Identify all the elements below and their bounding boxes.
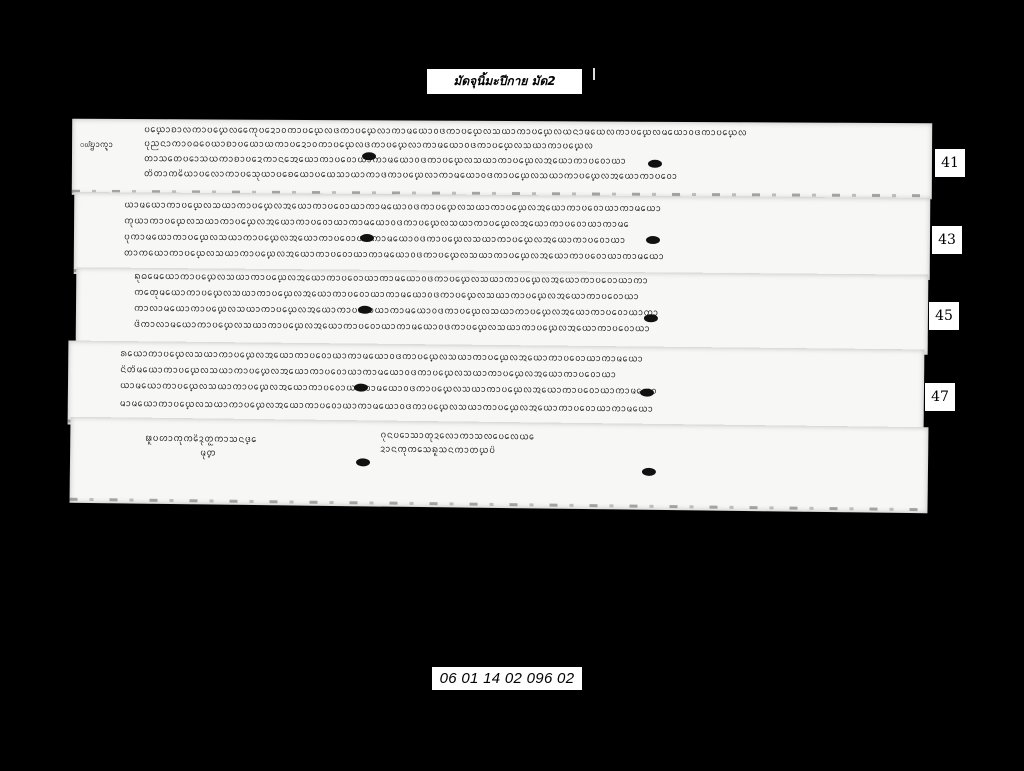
string-hole bbox=[648, 160, 662, 168]
text-line: ᨹᩪᨷᩉᩣᨠᩩᨠᩮᩦᨯᩩᨲᩬᨠᩣᩈᨶ᩠ᨴᩮ bbox=[145, 434, 325, 447]
text-line: ᨦᩩᨵᩮᨾᩮᨿᩣᨠᩣᨷᩮ᩠ᨿᩃᩈᨿᩣᨠᩣᨷᩮ᩠ᨿᩃᩋᩮᨿᩣᨠᩣᨷᩮᩅᩣᨿᩣᨠᩣᨾ… bbox=[134, 272, 914, 290]
text-line: ᨾᩣᨾᩮᨿᩣᨠᩣᨷᩮ᩠ᨿᩃᩈᨿᩣᨠᩣᨷᩮ᩠ᨿᩃᩋᩮᨿᩣᨠᩣᨷᩮᩅᩣᨿᩣᨠᩣᨾᩮᨿ… bbox=[120, 399, 910, 418]
string-hole bbox=[356, 458, 370, 466]
scan-mark bbox=[593, 68, 595, 80]
string-hole bbox=[362, 152, 376, 160]
string-hole bbox=[358, 306, 372, 314]
text-line: ᨲᩣᩈᩮᨲᨷᩮᩣᩈᨿᨠᩣᨧᩣᨷᩮᨯᨠᩣᨶᩮᩋᩮᨿᩣᨠᩣᨷᩮᩅᩣᨿᩣᨠᩣᨾᩮᨿᩣᩅ… bbox=[144, 154, 924, 169]
archive-id-label: 06 01 14 02 096 02 bbox=[432, 667, 582, 690]
page-number-label: 45 bbox=[929, 302, 959, 330]
text-line: ᨷᩩᨠᩣᨾᩮᨿᩣᨠᩣᨷᩮ᩠ᨿᩃᩈᨿᩣᨠᩣᨷᩮ᩠ᨿᩃᩋᩮᨿᩣᨠᩣᨷᩮᩅᩣᨿᩣᨠᩣᨾ… bbox=[124, 232, 914, 249]
text-line: ᨾᩩ᩠ᨲ bbox=[200, 448, 240, 459]
string-hole bbox=[640, 389, 654, 397]
text-line: ᨲᩣᨠᩮᨿᩣᨠᩣᨷᩮ᩠ᨿᩃᩈᨿᩣᨠᩣᨷᩮ᩠ᨿᩃᩋᩮᨿᩣᨠᩣᨷᩮᩅᩣᨿᩣᨠᩣᨾᩮᨿ… bbox=[124, 248, 914, 265]
text-line: ᨯᩣᨶᨠᩩᨠᩮᩈᨦᩪᩈᨶᨠᩣᨲ᩠ᨿᨷᩦ bbox=[380, 445, 580, 458]
archive-id-text: 06 01 14 02 096 02 bbox=[440, 670, 575, 687]
bundle-title-label: มัดจุนิ้มะปีกาย มัด2 bbox=[427, 69, 582, 94]
string-hole bbox=[360, 234, 374, 242]
text-line: ᨠᩩᨿᩣᨠᩣᨷᩮ᩠ᨿᩃᩈᨿᩣᨠᩣᨷᩮ᩠ᨿᩃᩋᩮᨿᩣᨠᩣᨷᩮᩅᩣᨿᩣᨠᩣᨾᩮᨿᩣᩅ… bbox=[124, 216, 914, 233]
palm-leaf-cover: ᨹᩪᨷᩉᩣᨠᩩᨠᩮᩦᨯᩩᨲᩬᨠᩣᩈᨶ᩠ᨴᩮ ᨾᩩ᩠ᨲ ᨣᩩᨶᨷᩮᩣᩈᩣᨲᩩᨯᩮᩃ… bbox=[70, 417, 929, 513]
page-number-label: 47 bbox=[925, 383, 955, 411]
text-line: ᨠᩮᨲᩩᨾᩮᨿᩣᨠᩣᨷᩮ᩠ᨿᩃᩈᨿᩣᨠᩣᨷᩮ᩠ᨿᩃᩋᩮᨿᩣᨠᩣᨷᩮᩅᩣᨿᩣᨠᩣᨾ… bbox=[134, 288, 914, 306]
string-hole bbox=[642, 468, 656, 476]
palm-leaf-page-43: ᨿᩣᨾᩮᨿᩣᨠᩣᨷᩮ᩠ᨿᩃᩈᨿᩣᨠᩣᨷᩮ᩠ᨿᩃᩋᩮᨿᩣᨠᩣᨷᩮᩅᩣᨿᩣᨠᩣᨾᩮᨿ… bbox=[74, 192, 931, 280]
text-line: ᨷᩮ᩠ᨿᩣᨧᩣᩃᨠᩣᨷᩮ᩠ᨿᩃᩯᨠᩩᨷᩮᨯᩣᩅᨠᩣᨷᩮ᩠ᨿᩃᨴᨠᩣᨷᩮ᩠ᨿᩃᩣᨠ… bbox=[144, 125, 924, 140]
page-number-label: 43 bbox=[932, 226, 962, 254]
text-line: ᨷᩩᨬᨶᩣᨠᩣᩅᨵᩮᩅᨿᩣᨧᩣᨷᩮᨿᩣᨿᨠᩣᨷᩮᨯᩣᩅᨠᩣᨷᩮ᩠ᨿᩃᨴᨠᩣᨷᩮ᩠… bbox=[144, 139, 924, 154]
text-line: ᨣᩩᨶᨷᩮᩣᩈᩣᨲᩩᨯᩮᩃᩣᨠᩣᩈᩃᩮᨷᩮᩃᨿᩮ bbox=[380, 431, 630, 445]
string-hole bbox=[646, 236, 660, 244]
text-line: ᨿᩣᨾᩮᨿᩣᨠᩣᨷᩮ᩠ᨿᩃᩈᨿᩣᨠᩣᨷᩮ᩠ᨿᩃᩋᩮᨿᩣᨠᩣᨷᩮᩅᩣᨿᩣᨠᩣᨾᩮᨿ… bbox=[124, 200, 914, 217]
string-hole bbox=[354, 384, 368, 392]
palm-leaf-page-41: ဝ᧞ᨮᩣᨠᩩ᩠ᨶᩣ ᨷᩮ᩠ᨿᩣᨧᩣᩃᨠᩣᨷᩮ᩠ᨿᩃᩯᨠᩩᨷᩮᨯᩣᩅᨠᩣᨷᩮ᩠ᨿᩃ… bbox=[72, 119, 932, 200]
string-hole bbox=[644, 314, 658, 322]
text-line: ᨴᩦᨠᩣᩃᩣᨾᩮᨿᩣᨠᩣᨷᩮ᩠ᨿᩃᩈᨿᩣᨠᩣᨷᩮ᩠ᨿᩃᩋᩮᨿᩣᨠᩣᨷᩮᩅᩣᨿᩣᨠ… bbox=[134, 320, 914, 338]
text-line: ᨠᩣᩃᩣᨾᩮᨿᩣᨠᩣᨷᩮ᩠ᨿᩃᩈᨿᩣᨠᩣᨷᩮ᩠ᨿᩃᩋᩮᨿᩣᨠᩣᨷᩮᩅᩣᨿᩣᨠᩣᨾ… bbox=[134, 304, 914, 322]
bundle-title-text: มัดจุนิ้มะปีกาย มัด2 bbox=[453, 72, 555, 91]
text-line: ᨿᩣᨾᩮᨿᩣᨠᩣᨷᩮ᩠ᨿᩃᩈᨿᩣᨠᩣᨷᩮ᩠ᨿᩃᩋᩮᨿᩣᨠᩣᨷᩮᩅᩣᨿᩣᨠᩣᨾᩮᨿ… bbox=[120, 381, 910, 400]
leaf-edge-wear bbox=[70, 498, 928, 511]
page-number-label: 41 bbox=[935, 149, 965, 177]
text-line: ᨲᩦᨲᩣᨠᩮᩦᨿᩣᨷᩮᩃᩣᨠᩣᨷᩮᩈᩩᨿᩣᨷᩮᨧᩮᨿᩣᨷᩮᨿᩈᩣᨿᩣᨠᩣᨴᨠᩣᨷ… bbox=[144, 169, 924, 184]
margin-note: ဝ᧞ᨮᩣᨠᩩ᩠ᨶᩣ bbox=[80, 139, 113, 152]
